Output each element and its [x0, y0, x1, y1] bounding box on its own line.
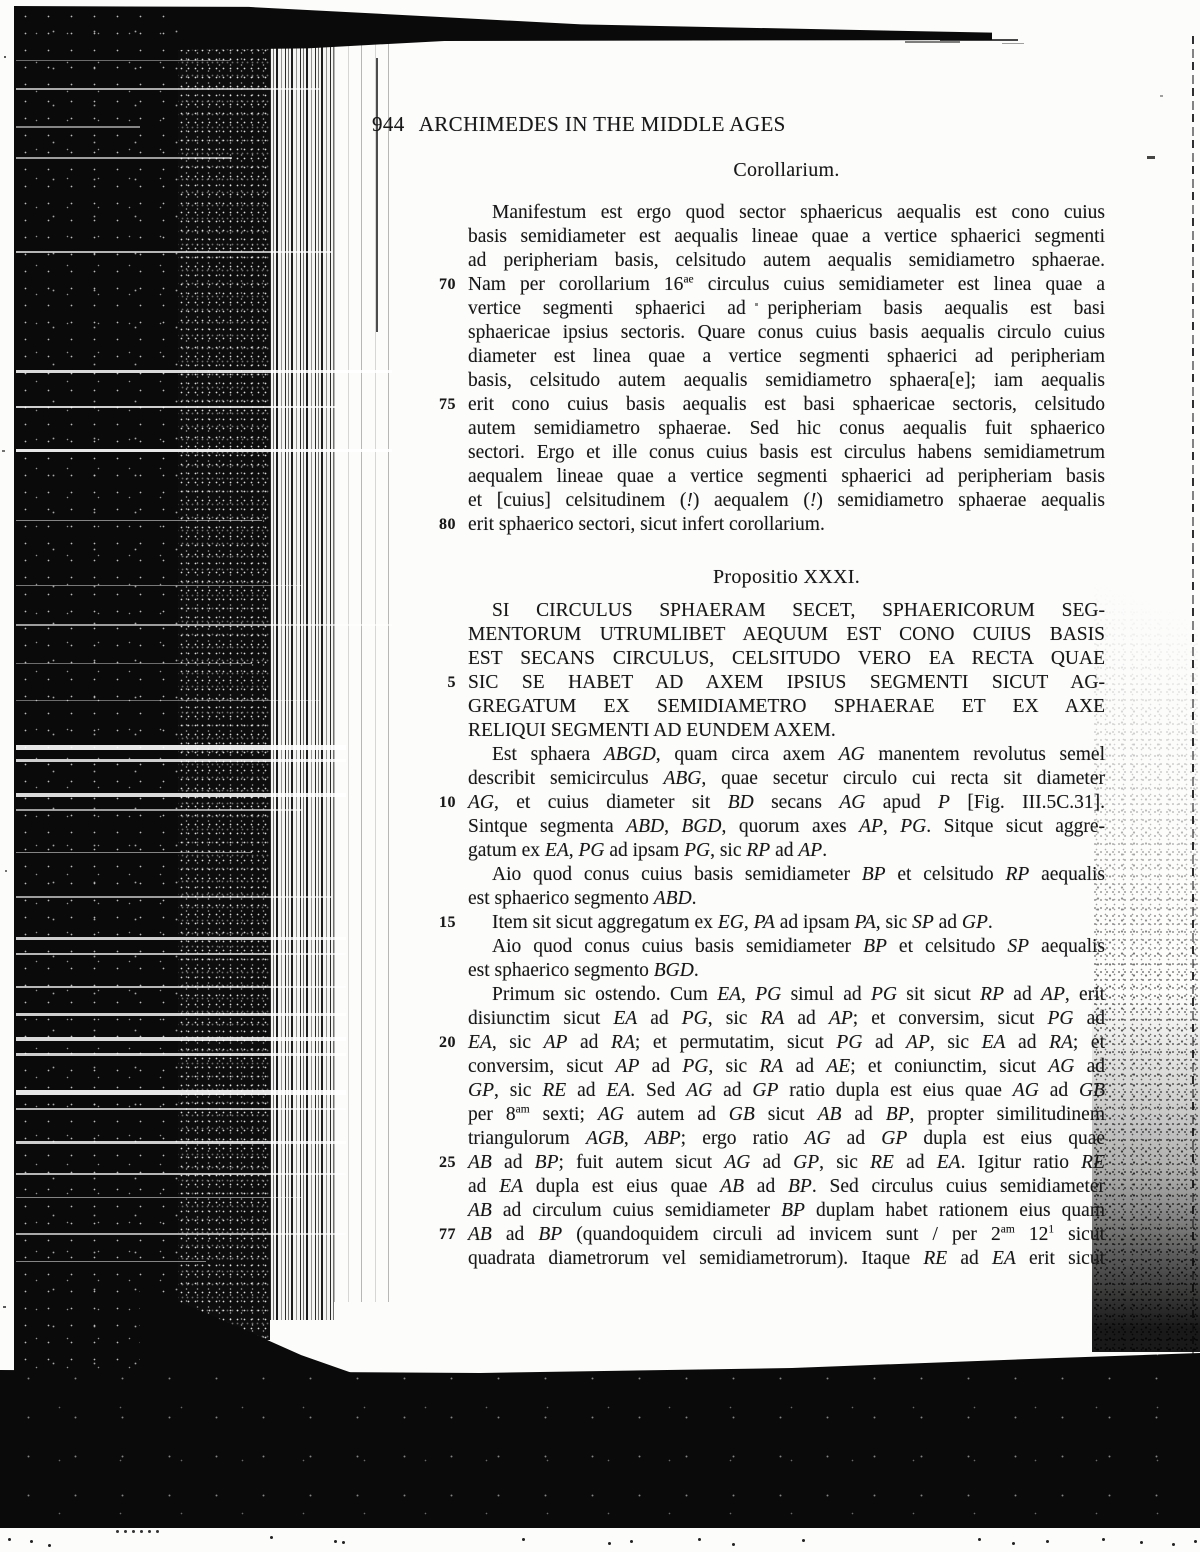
margin-line-number: 15 — [416, 913, 456, 933]
text-line: basis semidiameter est aequalis lineae q… — [468, 225, 1105, 249]
text-line-content: Est sphaera ABGD, quam circa axem AG man… — [468, 743, 1105, 767]
text-line-content: diameter est linea quae a vertice segmen… — [468, 345, 1105, 369]
paragraph-corollary: Manifestum est ergo quod sector sphaeric… — [468, 201, 1105, 537]
text-line: EST SECANS CIRCULUS, CELSITUDO VERO EA R… — [468, 647, 1105, 671]
margin-line-number: 10 — [416, 793, 456, 813]
heading-corollarium: Corollarium. — [468, 158, 1105, 182]
scan-artifact-white-streak — [16, 1173, 346, 1175]
text-line-content: AB ad circulum cuius semidiameter BP dup… — [468, 1199, 1105, 1223]
paragraph-claim-1: Aio quod conus cuius basis semidiameter … — [468, 863, 1105, 911]
scan-artifact-speck — [1147, 156, 1155, 159]
scan-artifact-speck — [905, 41, 960, 43]
scan-artifact-white-streak — [16, 624, 392, 626]
text-line: autem semidiametro sphaerae. Sed hic con… — [468, 417, 1105, 441]
running-title: ARCHIMEDES IN THE MIDDLE AGES — [419, 112, 786, 136]
text-line-content: Item sit sicut aggregatum ex EG, PA ad i… — [468, 911, 1105, 935]
margin-line-number: 20 — [416, 1033, 456, 1053]
text-line-content: AG, et cuius diameter sit BD secans AG a… — [468, 791, 1105, 815]
scan-artifact-white-streak — [16, 1141, 346, 1144]
scan-artifact-speck — [2, 450, 5, 452]
scan-artifact-speck — [4, 56, 6, 58]
text-line-content: erit sphaerico sectori, sicut infert cor… — [468, 513, 1105, 537]
text-line: quadrata diametrorum vel semidiametrorum… — [468, 1247, 1105, 1271]
text-line: 75erit cono cuius basis aequalis est bas… — [468, 393, 1105, 417]
margin-line-number: 80 — [416, 515, 456, 535]
scan-artifact-speck — [1160, 95, 1163, 97]
text-line: est sphaerico segmento BGD. — [468, 959, 1105, 983]
scan-artifact-white-streak — [16, 793, 346, 797]
text-line: SI CIRCULUS SPHAERAM SECET, SPHAERICORUM… — [468, 599, 1105, 623]
text-line: RELIQUI SEGMENTI AD EUNDEM AXEM. — [468, 719, 1105, 743]
scan-artifact-white-streak — [16, 157, 232, 159]
scan-artifact-white-streak — [16, 663, 252, 664]
text-line: 10AG, et cuius diameter sit BD secans AG… — [468, 791, 1105, 815]
text-line-content: GREGATUM EX SEMIDIAMETRO SPHAERAE ET EX … — [468, 695, 1105, 719]
text-line-content: Aio quod conus cuius basis semidiameter … — [468, 863, 1105, 887]
text-line-content: SIC SE HABET AD AXEM IPSIUS SEGMENTI SIC… — [468, 671, 1105, 695]
scanned-book-page: 944ARCHIMEDES IN THE MIDDLE AGES Corolla… — [0, 0, 1200, 1552]
text-line-content: GP, sic RE ad EA. Sed AG ad GP ratio dup… — [468, 1079, 1105, 1103]
text-line: 15Item sit sicut aggregatum ex EG, PA ad… — [468, 911, 1105, 935]
text-line-content: conversim, sicut AP ad PG, sic RA ad AE;… — [468, 1055, 1105, 1079]
scan-artifact-white-streak — [16, 1013, 346, 1016]
text-line-content: quadrata diametrorum vel semidiametrorum… — [468, 1247, 1105, 1271]
scan-artifact-white-streak — [16, 1108, 346, 1110]
scan-artifact-white-streak — [16, 60, 230, 61]
scan-artifact-white-streak — [16, 759, 346, 762]
scan-artifact-bottom-dots — [8, 1538, 11, 1541]
scan-artifact-bottom-band — [0, 1350, 1200, 1528]
text-line-content: Manifestum est ergo quod sector sphaeric… — [468, 201, 1105, 225]
scan-artifact-white-streak — [16, 370, 392, 373]
margin-line-number: 75 — [416, 395, 456, 415]
scan-artifact-speck — [3, 1306, 6, 1308]
scan-artifact-white-streak — [16, 449, 392, 452]
text-line: vertice segmenti sphaerici ad peripheria… — [468, 297, 1105, 321]
text-line: 5SIC SE HABET AD AXEM IPSIUS SEGMENTI SI… — [468, 671, 1105, 695]
text-line-content: vertice segmenti sphaerici ad peripheria… — [468, 297, 1105, 321]
scan-artifact-white-streak — [16, 126, 140, 128]
margin-line-number: 5 — [416, 673, 456, 693]
text-line: sphaericae ipsius sectoris. Quare conus … — [468, 321, 1105, 345]
scan-artifact-white-streak — [16, 937, 346, 940]
scan-artifact-white-streak — [16, 852, 252, 853]
text-line-content: EA, sic AP ad RA; et permutatim, sicut P… — [468, 1031, 1105, 1055]
text-line: per 8am sexti; AG autem ad GB sicut AB a… — [468, 1103, 1105, 1127]
scan-artifact-white-streak — [16, 1233, 346, 1235]
text-line: et [cuius] celsitudinem (!) aequalem (!)… — [468, 489, 1105, 513]
text-line: triangulorum AGB, ABP; ergo ratio AG ad … — [468, 1127, 1105, 1151]
scan-artifact-white-streak — [16, 1261, 206, 1262]
paragraph-construction: Est sphaera ABGD, quam circa axem AG man… — [468, 743, 1105, 863]
page-header: 944ARCHIMEDES IN THE MIDDLE AGES — [372, 112, 786, 136]
text-line-content: RELIQUI SEGMENTI AD EUNDEM AXEM. — [468, 719, 1105, 743]
text-line: Aio quod conus cuius basis semidiameter … — [468, 935, 1105, 959]
margin-line-number: 25 — [416, 1153, 456, 1173]
text-line: Est sphaera ABGD, quam circa axem AG man… — [468, 743, 1105, 767]
text-line: MENTORUM UTRUMLIBET AEQUUM EST CONO CUIU… — [468, 623, 1105, 647]
text-line: conversim, sicut AP ad PG, sic RA ad AE;… — [468, 1055, 1105, 1079]
text-line: gatum ex EA, PG ad ipsam PG, sic RP ad A… — [468, 839, 1105, 863]
scan-artifact-page-edge-striations — [270, 18, 334, 1320]
scan-artifact-white-streak — [16, 809, 302, 811]
text-line: Manifestum est ergo quod sector sphaeric… — [468, 201, 1105, 225]
text-line-content: Aio quod conus cuius basis semidiameter … — [468, 935, 1105, 959]
scan-artifact-white-streak — [16, 986, 346, 988]
text-line: 70Nam per corollarium 16ae circulus cuiu… — [468, 273, 1105, 297]
text-line-content: ad EA dupla est eius quae AB ad BP. Sed … — [468, 1175, 1105, 1199]
text-line-content: EST SECANS CIRCULUS, CELSITUDO VERO EA R… — [468, 647, 1105, 671]
scan-artifact-right-speckle — [1092, 552, 1200, 1352]
scan-artifact-page-edge-striations-sparse — [334, 40, 392, 1302]
text-line: Primum sic ostendo. Cum EA, PG simul ad … — [468, 983, 1105, 1007]
text-line: 25AB ad BP; fuit autem sicut AG ad GP, s… — [468, 1151, 1105, 1175]
text-line-content: Nam per corollarium 16ae circulus cuius … — [468, 273, 1105, 297]
scan-artifact-white-streak — [16, 953, 346, 955]
text-line-content: sphaericae ipsius sectoris. Quare conus … — [468, 321, 1105, 345]
text-line-content: basis, celsitudo autem aequalis semidiam… — [468, 369, 1105, 393]
scan-artifact-white-streak — [16, 406, 336, 408]
text-line-content: sectori. Ergo et ille conus cuius basis … — [468, 441, 1105, 465]
scan-artifact-white-streak — [16, 1053, 346, 1056]
scan-artifact-white-streak — [16, 1090, 346, 1095]
text-line-content: AB ad BP; fuit autem sicut AG ad GP, sic… — [468, 1151, 1105, 1175]
text-line-content: Sintque segmenta ABD, BGD, quorum axes A… — [468, 815, 1105, 839]
text-line: 77AB ad BP (quandoquidem circuli ad invi… — [468, 1223, 1105, 1247]
text-line: sectori. Ergo et ille conus cuius basis … — [468, 441, 1105, 465]
text-line-content: Primum sic ostendo. Cum EA, PG simul ad … — [468, 983, 1105, 1007]
text-line-content: basis semidiameter est aequalis lineae q… — [468, 225, 1105, 249]
text-line-content: disiunctim sicut EA ad PG, sic RA ad AP;… — [468, 1007, 1105, 1031]
text-line: Aio quod conus cuius basis semidiameter … — [468, 863, 1105, 887]
text-line-content: et [cuius] celsitudinem (!) aequalem (!)… — [468, 489, 1105, 513]
paragraph-claim-2: 15Item sit sicut aggregatum ex EG, PA ad… — [468, 911, 1105, 983]
text-line: diameter est linea quae a vertice segmen… — [468, 345, 1105, 369]
scan-artifact-white-streak — [16, 896, 332, 898]
scan-artifact-white-streak — [16, 585, 302, 586]
text-line: describit semicirculus ABG, quae secetur… — [468, 767, 1105, 791]
scan-artifact-vertical-hairline — [376, 58, 378, 332]
text-line-content: est sphaerico segmento BGD. — [468, 959, 1105, 983]
margin-line-number: 70 — [416, 275, 456, 295]
margin-line-number: 77 — [416, 1225, 456, 1245]
text-line-content: triangulorum AGB, ABP; ergo ratio AG ad … — [468, 1127, 1105, 1151]
scan-artifact-white-streak — [16, 1197, 302, 1198]
text-line: GREGATUM EX SEMIDIAMETRO SPHAERAE ET EX … — [468, 695, 1105, 719]
text-line-content: MENTORUM UTRUMLIBET AEQUUM EST CONO CUIU… — [468, 623, 1105, 647]
scan-artifact-white-streak — [16, 745, 346, 750]
paragraph-proof: Primum sic ostendo. Cum EA, PG simul ad … — [468, 983, 1105, 1271]
text-line-content: ad peripheriam basis, celsitudo autem ae… — [468, 249, 1105, 273]
paragraph-proposition-statement: SI CIRCULUS SPHAERAM SECET, SPHAERICORUM… — [468, 599, 1105, 743]
text-line-content: est sphaerico segmento ABD. — [468, 887, 1105, 911]
scan-artifact-bottom-band-noise — [0, 1350, 1200, 1528]
scan-artifact-white-streak — [16, 700, 320, 701]
scan-artifact-gutter-speckle — [14, 8, 178, 1382]
text-line: AB ad circulum cuius semidiameter BP dup… — [468, 1199, 1105, 1223]
text-line-content: gatum ex EA, PG ad ipsam PG, sic RP ad A… — [468, 839, 1105, 863]
text-line: 20EA, sic AP ad RA; et permutatim, sicut… — [468, 1031, 1105, 1055]
scan-artifact-speck — [1002, 43, 1024, 44]
text-line-content: per 8am sexti; AG autem ad GB sicut AB a… — [468, 1103, 1105, 1127]
scan-artifact-white-streak — [16, 520, 262, 521]
text-line: ad EA dupla est eius quae AB ad BP. Sed … — [468, 1175, 1105, 1199]
text-line-content: autem semidiametro sphaerae. Sed hic con… — [468, 417, 1105, 441]
text-line: est sphaerico segmento ABD. — [468, 887, 1105, 911]
text-line: basis, celsitudo autem aequalis semidiam… — [468, 369, 1105, 393]
text-line: 80erit sphaerico sectori, sicut infert c… — [468, 513, 1105, 537]
text-line: GP, sic RE ad EA. Sed AG ad GP ratio dup… — [468, 1079, 1105, 1103]
text-line-content: erit cono cuius basis aequalis est basi … — [468, 393, 1105, 417]
page-number: 944 — [372, 112, 405, 136]
text-line-content: describit semicirculus ABG, quae secetur… — [468, 767, 1105, 791]
scan-artifact-white-streak — [16, 1037, 346, 1041]
scan-artifact-white-streak — [16, 88, 320, 90]
text-line: Sintque segmenta ABD, BGD, quorum axes A… — [468, 815, 1105, 839]
heading-propositio-xxxi: Propositio XXXI. — [468, 565, 1105, 589]
text-line-content: AB ad BP (quandoquidem circuli ad invice… — [468, 1223, 1105, 1247]
scan-artifact-white-streak — [16, 251, 332, 253]
scan-artifact-speck — [5, 870, 7, 872]
text-line-content: SI CIRCULUS SPHAERAM SECET, SPHAERICORUM… — [468, 599, 1105, 623]
text-line-content: aequalem lineae quae a vertice segmenti … — [468, 465, 1105, 489]
text-line: aequalem lineae quae a vertice segmenti … — [468, 465, 1105, 489]
text-line: disiunctim sicut EA ad PG, sic RA ad AP;… — [468, 1007, 1105, 1031]
scan-artifact-right-dashed-line — [1192, 36, 1194, 1528]
text-line: ad peripheriam basis, celsitudo autem ae… — [468, 249, 1105, 273]
